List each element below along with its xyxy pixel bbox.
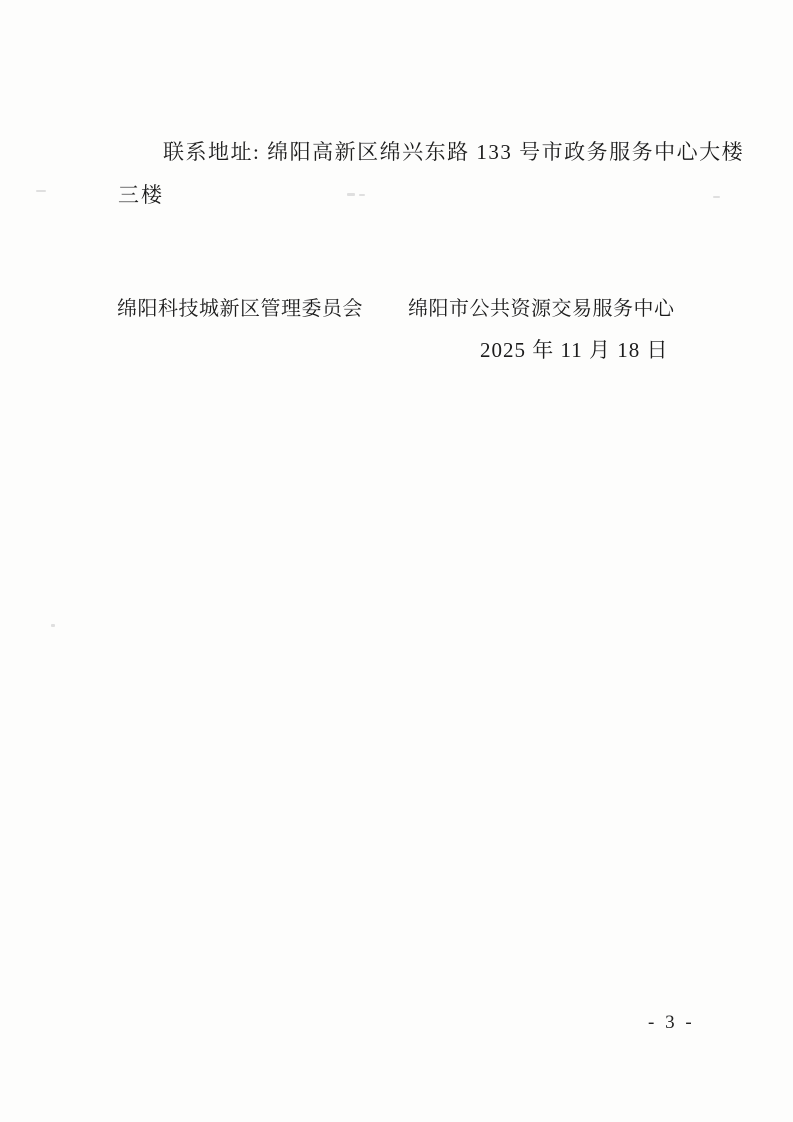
page-number: - 3 - [648, 1012, 695, 1034]
signature-org-left: 绵阳科技城新区管理委员会 [117, 292, 363, 321]
scan-artifact [359, 194, 365, 196]
scan-artifact [347, 193, 355, 196]
scan-artifact [51, 624, 55, 627]
scan-artifact [713, 196, 720, 198]
contact-address-line-1: 联系地址: 绵阳高新区绵兴东路 133 号市政务服务中心大楼 [163, 136, 744, 166]
signature-org-right: 绵阳市公共资源交易服务中心 [408, 292, 675, 321]
scan-artifact [36, 190, 46, 192]
scanned-document-page: 联系地址: 绵阳高新区绵兴东路 133 号市政务服务中心大楼 三楼 绵阳科技城新… [0, 0, 793, 1122]
signature-date: 2025 年 11 月 18 日 [480, 334, 668, 364]
contact-address-line-2: 三楼 [118, 179, 164, 209]
